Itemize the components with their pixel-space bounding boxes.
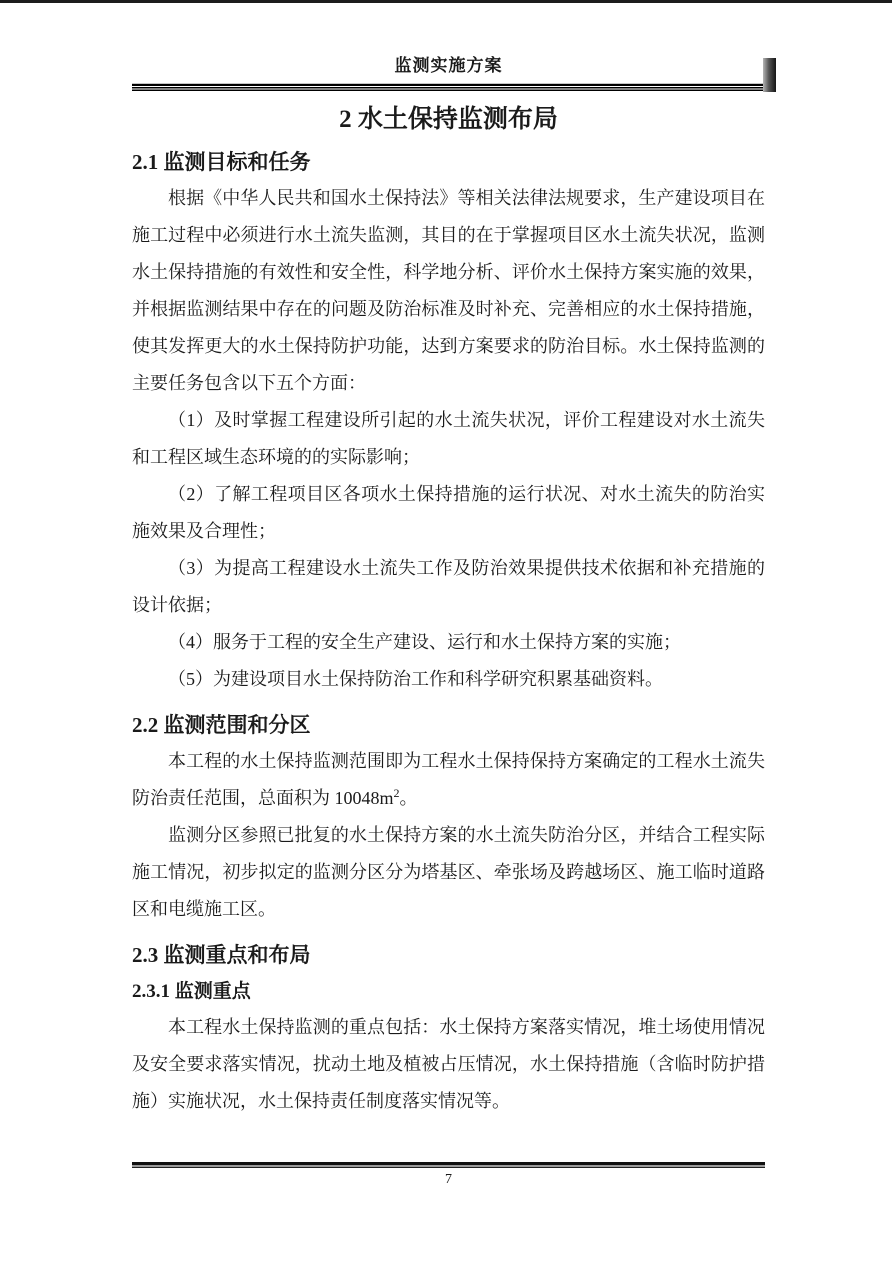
task-item-2: （2）了解工程项目区各项水土保持措施的运行状况、对水土流失的防治实施效果及合理性… [132,476,765,550]
section-2-2-paragraph-2: 监测分区参照已批复的水土保持方案的水土流失防治分区，并结合工程实际施工情况，初步… [132,817,765,928]
task-item-4: （4）服务于工程的安全生产建设、运行和水土保持方案的实施； [132,624,765,661]
section-2-1-intro-paragraph: 根据《中华人民共和国水土保持法》等相关法律法规要求，生产建设项目在施工过程中必须… [132,180,765,402]
section-heading-2-3-1: 2.3.1 监测重点 [132,978,765,1006]
page-content: 监测实施方案 2 水土保持监测布局 2.1 监测目标和任务 根据《中华人民共和国… [132,3,765,1120]
section-2-2-paragraph-1: 本工程的水土保持监测范围即为工程水土保持保持方案确定的工程水土流失防治责任范围，… [132,743,765,817]
header-rule-end-bar [763,58,776,92]
task-item-3: （3）为提高工程建设水土流失工作及防治效果提供技术依据和补充措施的设计依据； [132,550,765,624]
task-item-5: （5）为建设项目水土保持防治工作和科学研究积累基础资料。 [132,661,765,698]
section-2-2-paragraph-1-end: 。 [400,788,418,808]
section-heading-2-2: 2.2 监测范围和分区 [132,710,765,740]
task-item-1: （1）及时掌握工程建设所引起的水土流失状况，评价工程建设对水土流失和工程区域生态… [132,402,765,476]
section-2-3-1-paragraph: 本工程水土保持监测的重点包括：水土保持方案落实情况，堆土场使用情况及安全要求落实… [132,1009,765,1120]
section-heading-2-3: 2.3 监测重点和布局 [132,940,765,970]
footer-rule [132,1162,765,1168]
section-heading-2-1: 2.1 监测目标和任务 [132,147,765,177]
chapter-title: 2 水土保持监测布局 [132,105,765,135]
header-rule [132,83,765,91]
page-number: 7 [132,1171,765,1189]
running-header-title: 监测实施方案 [132,55,765,77]
section-2-2-paragraph-1-text: 本工程的水土保持监测范围即为工程水土保持保持方案确定的工程水土流失防治责任范围，… [132,751,765,808]
document-page: 监测实施方案 2 水土保持监测布局 2.1 监测目标和任务 根据《中华人民共和国… [0,0,892,1262]
